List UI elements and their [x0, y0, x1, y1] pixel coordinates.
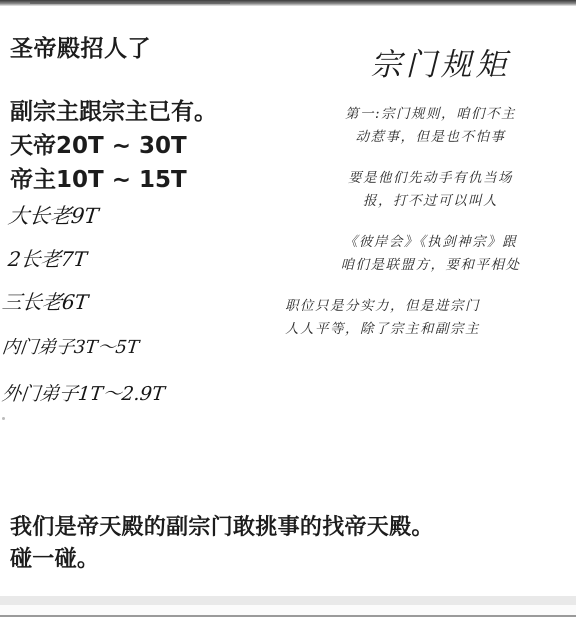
rules-line: 要是他们先动手有仇当场 — [285, 167, 576, 190]
rules-title: 宗门规矩 — [305, 40, 576, 90]
hand-line-outer-disciple: 外门弟子1T～2.9T — [0, 373, 167, 416]
rules-paragraph: 职位只是分实力，但是进宗门 人人平等，除了宗主和副宗主 — [285, 295, 576, 341]
footer-line: 我们是帝天殿的副宗门敢挑事的找帝天殿。 — [10, 512, 434, 544]
rules-line: 咱们是联盟方，要和平相处 — [285, 254, 576, 277]
footer-statement: 我们是帝天殿的副宗门敢挑事的找帝天殿。 碰一碰。 — [10, 512, 434, 576]
typed-line-dizhu: 帝主10T ~ 15T — [10, 163, 217, 197]
bottom-margin — [0, 605, 576, 615]
notice-title: 圣帝殿招人了 — [10, 30, 151, 63]
rules-paragraph: 第一:宗门规则，咱们不主 动惹事，但是也不怕事 — [285, 103, 576, 149]
stray-mark — [2, 417, 5, 420]
hand-line-second-elder: 2长老7T — [0, 238, 167, 281]
rules-line: 动惹事，但是也不怕事 — [285, 126, 576, 149]
rules-line: 人人平等，除了宗主和副宗主 — [285, 318, 576, 341]
hand-line-inner-disciple: 内门弟子3T～5T — [0, 326, 167, 369]
hand-line-first-elder: 大长老9T — [0, 195, 167, 238]
handwritten-rank-list: 大长老9T 2长老7T 三长老6T 内门弟子3T～5T 外门弟子1T～2.9T — [2, 195, 165, 416]
rules-line: 报，打不过可以叫人 — [285, 190, 576, 213]
rules-paragraph: 要是他们先动手有仇当场 报，打不过可以叫人 — [285, 167, 576, 213]
typed-line-leaders: 副宗主跟宗主已有。 — [10, 95, 217, 129]
hand-line-third-elder: 三长老6T — [0, 281, 167, 324]
typed-line-tiandi: 天帝20T ~ 30T — [10, 129, 217, 163]
rules-line: 第一:宗门规则，咱们不主 — [285, 103, 576, 126]
rules-line: 职位只是分实力，但是进宗门 — [285, 295, 576, 318]
rules-line: 《彼岸会》《执剑神宗》跟 — [285, 231, 576, 254]
footer-line: 碰一碰。 — [10, 544, 434, 576]
sect-rules: 宗门规矩 第一:宗门规则，咱们不主 动惹事，但是也不怕事 要是他们先动手有仇当场… — [285, 40, 576, 341]
bottom-divider-band — [0, 596, 576, 605]
typed-rank-list: 副宗主跟宗主已有。 天帝20T ~ 30T 帝主10T ~ 15T — [10, 95, 217, 197]
rules-paragraph: 《彼岸会》《执剑神宗》跟 咱们是联盟方，要和平相处 — [285, 231, 576, 277]
